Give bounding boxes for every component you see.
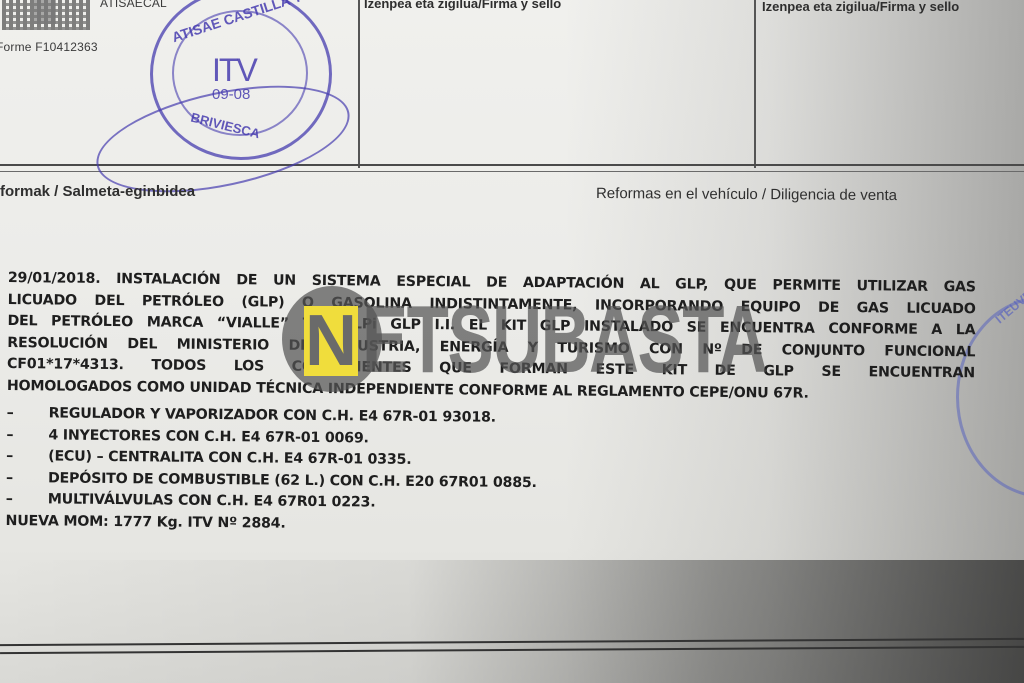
section-title-spanish: Reformas en el vehículo / Diligencia de …: [596, 185, 897, 204]
component-text: (ECU) – CENTRALITA CON C.H. E4 67R-01 03…: [48, 448, 411, 467]
issuer-code: ATISAECAL: [100, 0, 167, 10]
component-text: REGULADOR Y VAPORIZADOR CON C.H. E4 67R-…: [49, 405, 496, 425]
section-title-basque: formak / Salmeta-eginbidea: [0, 183, 195, 200]
component-text: MULTIVÁLVULAS CON C.H. E4 67R01 0223.: [48, 491, 376, 510]
component-text: DEPÓSITO DE COMBUSTIBLE (62 L.) CON C.H.…: [48, 470, 537, 491]
photo-shadow: [0, 560, 1024, 683]
component-text: 4 INYECTORES CON C.H. E4 67R-01 0069.: [48, 427, 369, 446]
component-list: –REGULADOR Y VAPORIZADOR CON C.H. E4 67R…: [6, 403, 975, 520]
signature-label: Izenpea eta zigilua/Firma y sello: [762, 0, 959, 14]
list-bullet: –: [6, 424, 48, 446]
list-bullet: –: [6, 446, 48, 468]
watermark-initial: N: [304, 306, 358, 376]
stamp-center-text: ITV: [212, 52, 256, 89]
list-bullet: –: [6, 467, 48, 489]
form-number: Forme F10412363: [0, 40, 98, 54]
list-bullet: –: [6, 403, 48, 425]
watermark-word: ETSUBASTA: [362, 290, 766, 390]
signature-label: Izenpea eta zigilua/Firma y sello: [364, 0, 561, 11]
redacted-block: [34, 0, 56, 24]
netsubasta-watermark: N ETSUBASTA: [282, 286, 752, 392]
list-bullet: –: [6, 489, 48, 511]
signature-cell-1: Izenpea eta zigilua/Firma y sello: [358, 0, 756, 168]
signature-cell-2: Izenpea eta zigilua/Firma y sello: [754, 0, 1024, 168]
